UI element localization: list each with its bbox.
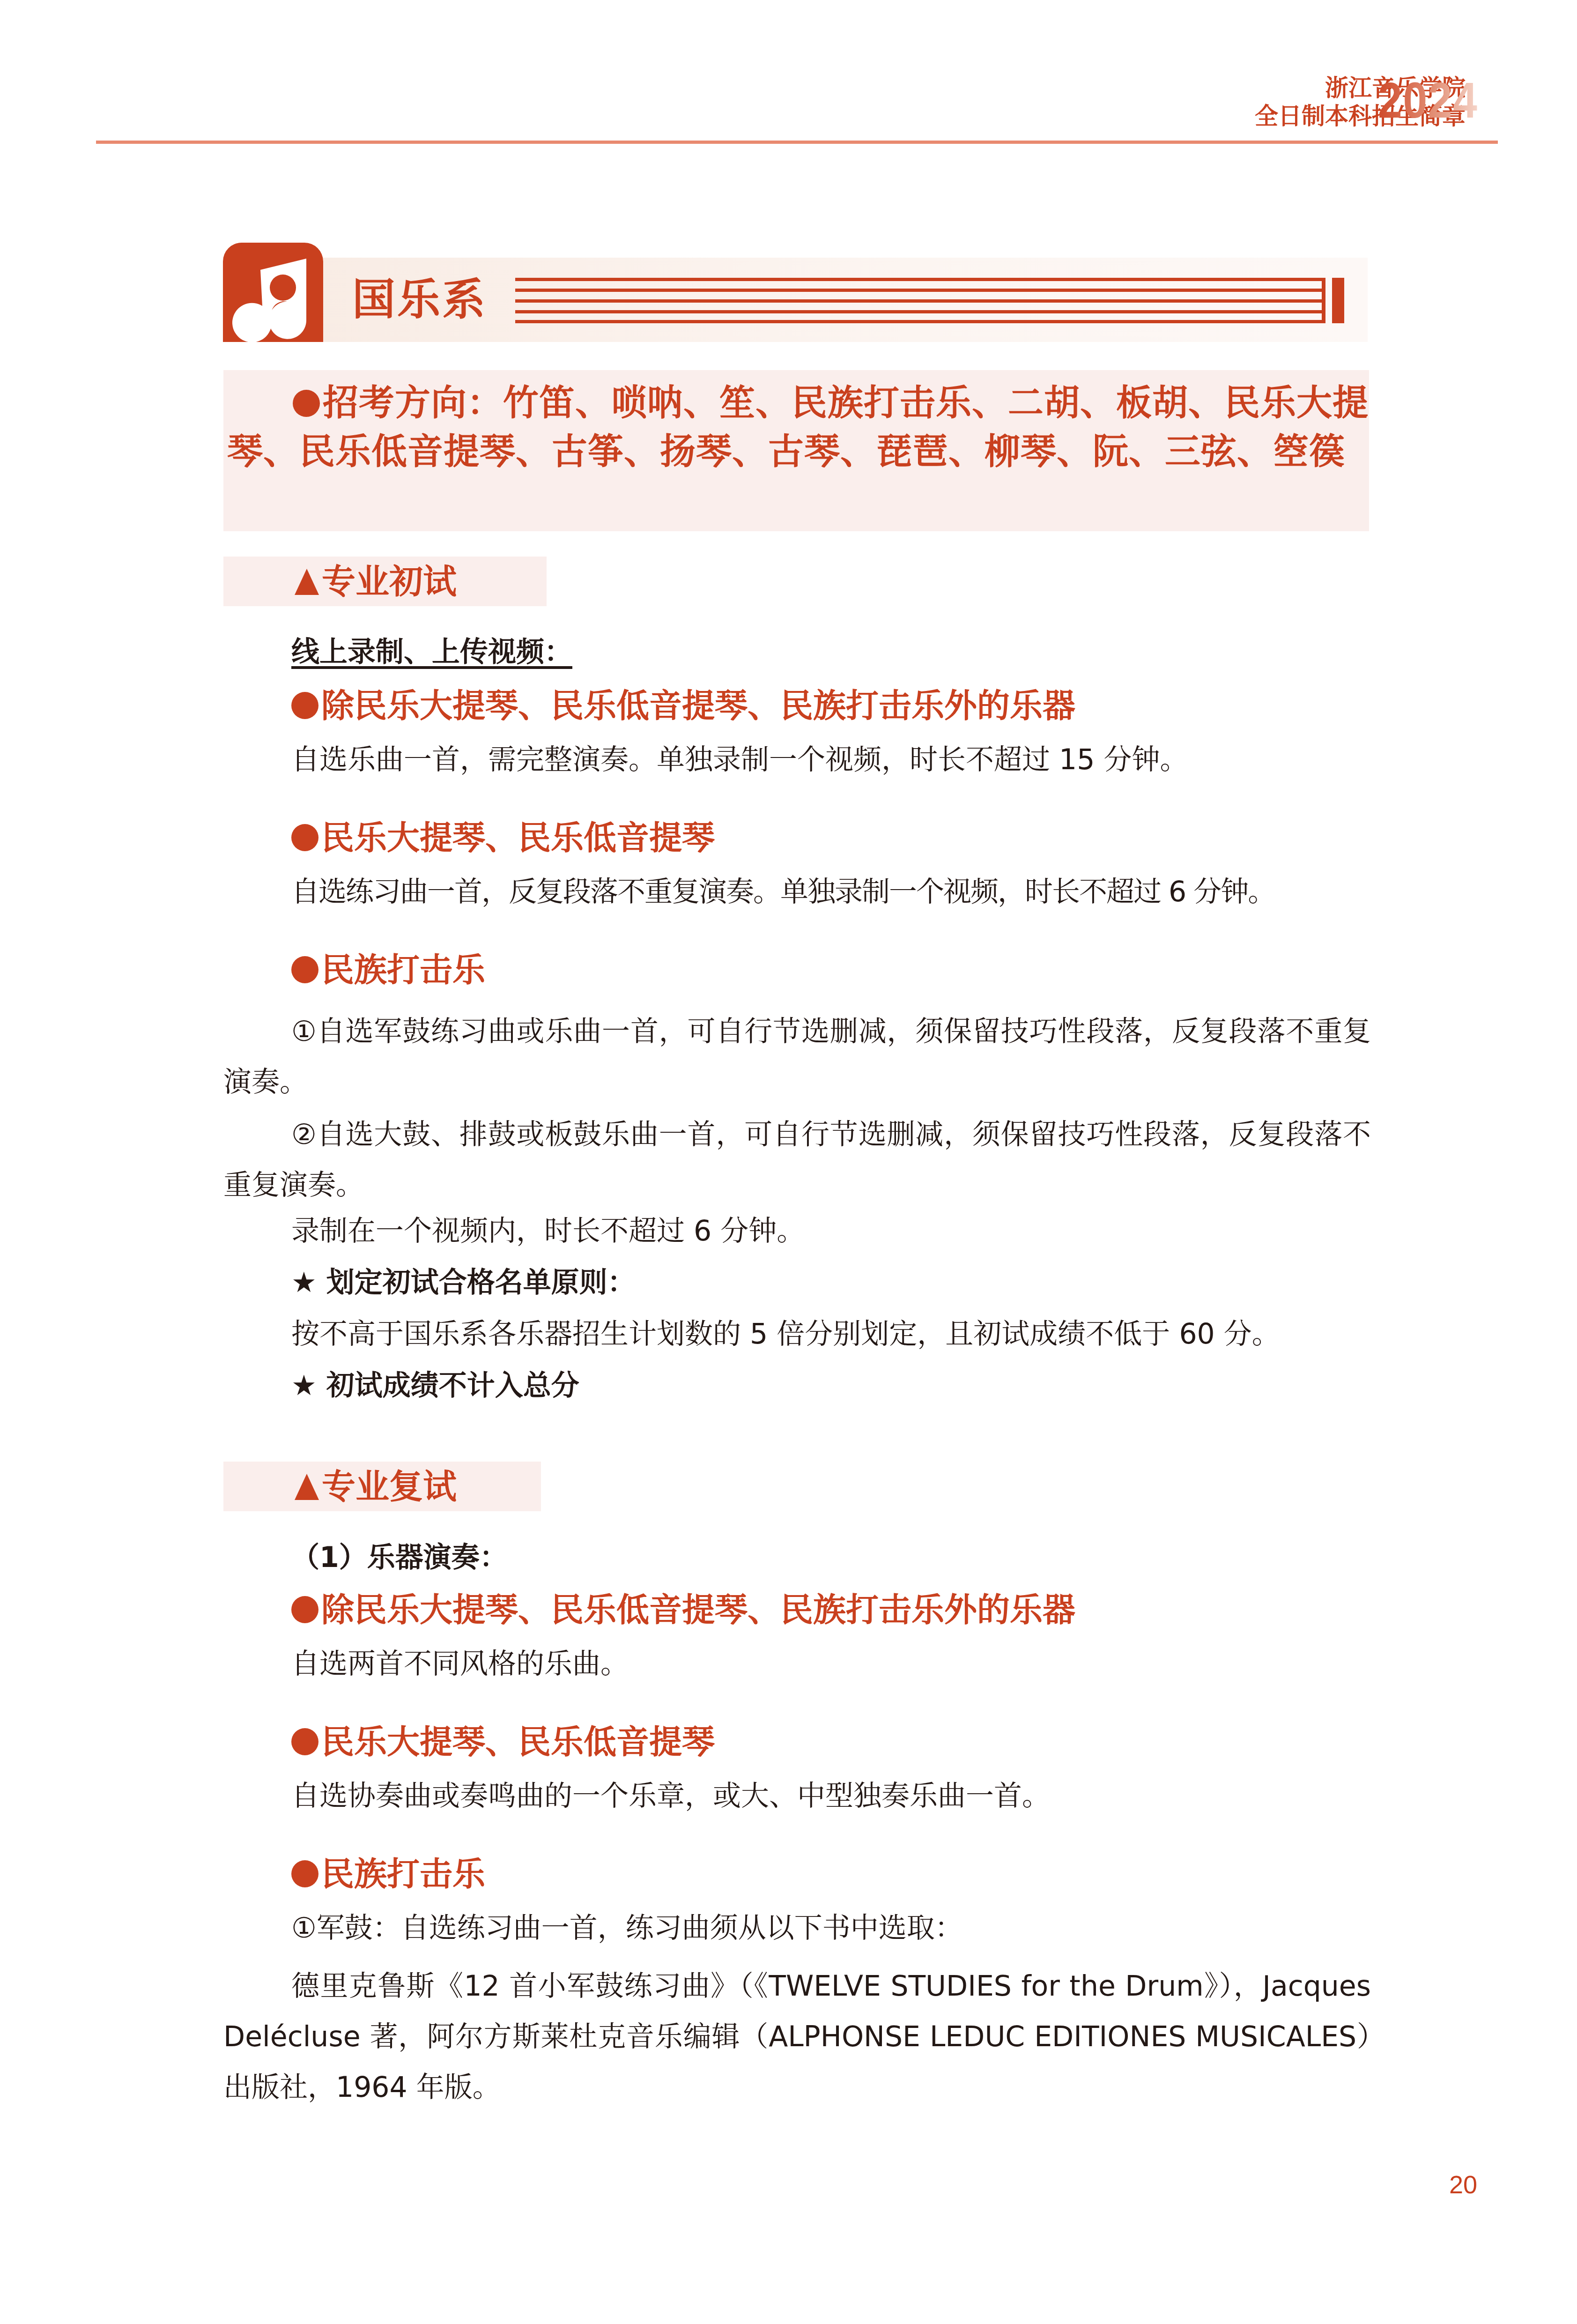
group-heading: 除民乐大提琴、民乐低音提琴、民族打击乐外的乐器: [291, 685, 1075, 727]
group-heading: 除民乐大提琴、民乐低音提琴、民族打击乐外的乐器: [291, 1589, 1075, 1631]
triangle-icon: [295, 569, 319, 595]
instrument-performance: （1）乐器演奏：: [291, 1539, 508, 1576]
snare-drum-requirement: ①军鼓：自选练习曲一首，练习曲须从以下书中选取：: [291, 1909, 963, 1947]
section-preliminary: 专业初试: [223, 557, 547, 606]
department-title: 国乐系: [352, 276, 487, 323]
page-number: 20: [1449, 2170, 1477, 2199]
bullet-dot-icon: [291, 692, 318, 719]
bullet-dot-icon: [291, 824, 318, 851]
bullet-dot-icon: [291, 956, 318, 983]
bullet-dot-icon: [293, 390, 320, 417]
music-note-icon: [223, 243, 323, 342]
group-heading: 民乐大提琴、民乐低音提琴: [291, 817, 715, 859]
group-heading: 民族打击乐: [291, 1853, 485, 1895]
group-text: 自选练习曲一首，反复段落不重复演奏。单独录制一个视频，时长不超过 6 分钟。: [291, 873, 1275, 911]
bullet-dot-icon: [291, 1860, 318, 1887]
header-divider: [96, 141, 1498, 144]
section-title: 专业复试: [223, 1462, 541, 1511]
percussion-duration: 录制在一个视频内，时长不超过 6 分钟。: [291, 1212, 805, 1250]
triangle-icon: [295, 1474, 319, 1500]
group-heading: 民乐大提琴、民乐低音提琴: [291, 1721, 715, 1763]
percussion-item-1: ①自选军鼓练习曲或乐曲一首，可自行节选删减，须保留技巧性段落，反复段落不重复演奏…: [223, 1006, 1371, 1107]
brochure-year: 2024: [1378, 75, 1478, 126]
book-reference: 德里克鲁斯《12 首小军鼓练习曲》（《TWELVE STUDIES for th…: [223, 1961, 1371, 2113]
group-text: 自选两首不同风格的乐曲。: [291, 1645, 629, 1683]
section-retest: 专业复试: [223, 1462, 541, 1511]
bullet-dot-icon: [291, 1728, 318, 1755]
score-note: ★ 初试成绩不计入总分: [291, 1367, 579, 1404]
music-staff-decoration: [515, 278, 1330, 329]
percussion-item-2: ②自选大鼓、排鼓或板鼓乐曲一首，可自行节选删减，须保留技巧性段落，反复段落不重复…: [223, 1109, 1371, 1210]
group-text: 自选乐曲一首，需完整演奏。单独录制一个视频，时长不超过 15 分钟。: [291, 741, 1188, 779]
section-title: 专业初试: [223, 557, 547, 606]
group-text: 自选协奏曲或奏鸣曲的一个乐章，或大、中型独奏乐曲一首。: [291, 1777, 1050, 1815]
pass-rule-text: 按不高于国乐系各乐器招生计划数的 5 倍分别划定，且初试成绩不低于 60 分。: [291, 1315, 1280, 1353]
group-heading: 民族打击乐: [291, 949, 485, 991]
recording-method: 线上录制、上传视频：: [291, 633, 572, 671]
pass-rule-title: ★ 划定初试合格名单原则：: [291, 1264, 636, 1301]
admission-direction: 招考方向：竹笛、唢呐、笙、民族打击乐、二胡、板胡、民乐大提琴、民乐低音提琴、古筝…: [227, 379, 1370, 476]
bullet-dot-icon: [291, 1596, 318, 1623]
